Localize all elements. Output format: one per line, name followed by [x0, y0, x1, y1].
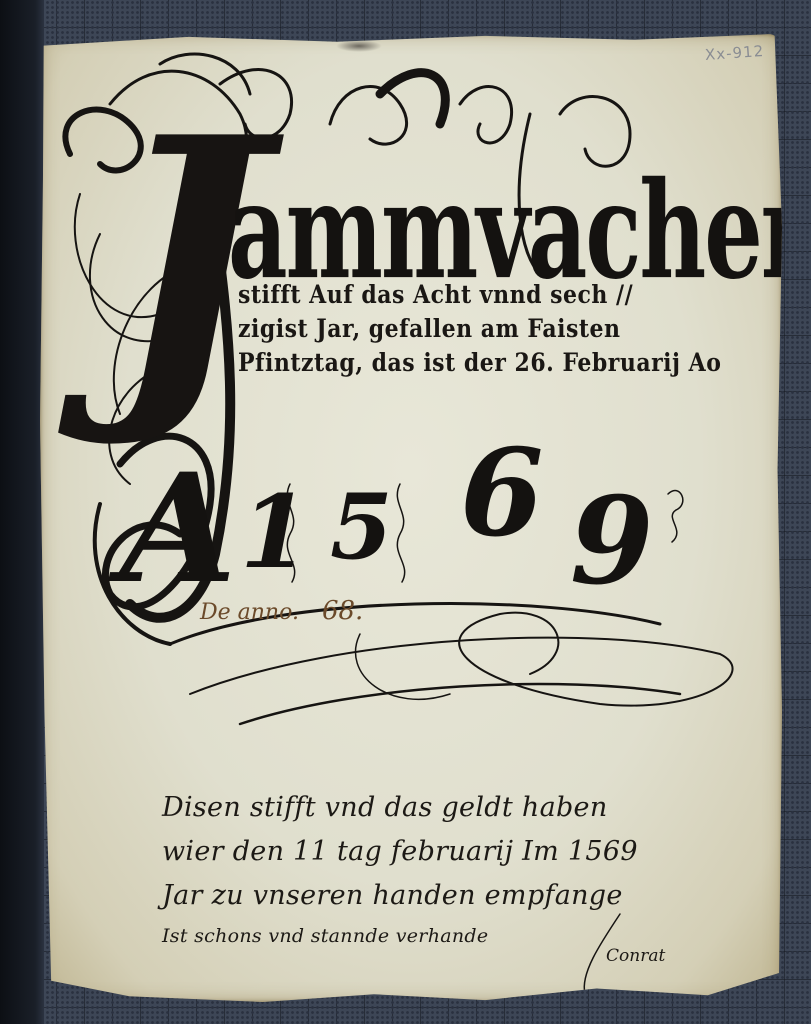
title-word: ammvacher — [228, 164, 807, 297]
year-digit-5: 5 — [330, 482, 393, 572]
body-line-2: wier den 11 tag februarij Im 1569 — [162, 830, 762, 874]
body-line-3: Jar zu vnseren handen empfange — [162, 874, 762, 918]
ink-smudge — [336, 40, 382, 52]
year-digit-6: 6 — [460, 434, 544, 554]
subtitle-line-1: stifft Auf das Acht vnnd sech // — [238, 280, 633, 310]
scanner-edge-strip — [0, 0, 44, 1024]
year-digit-9: 9 — [570, 482, 654, 602]
subtitle-line-3: Pfintztag, das ist der 26. Februarij Ao — [238, 348, 721, 378]
subtitle-line-2: zigist Jar, gefallen am Faisten — [238, 314, 621, 344]
body-line-1: Disen stifft vnd das geldt haben — [162, 786, 762, 830]
manuscript-page: Xx-912 — [40, 34, 782, 1002]
year-initial-flourish: A — [120, 454, 236, 604]
margin-annotation: De anno. 68. — [200, 596, 363, 626]
annotation-number: 68. — [322, 596, 363, 626]
handwritten-body: Disen stifft vnd das geldt haben wier de… — [162, 786, 762, 954]
year-digit-1: 1 — [240, 482, 310, 582]
annotation-text: De anno. — [200, 600, 299, 625]
signature: Conrat — [606, 946, 665, 966]
catalog-mark: Xx-912 — [704, 42, 764, 64]
body-line-4: Ist schons vnd stannde verhande — [162, 918, 762, 954]
